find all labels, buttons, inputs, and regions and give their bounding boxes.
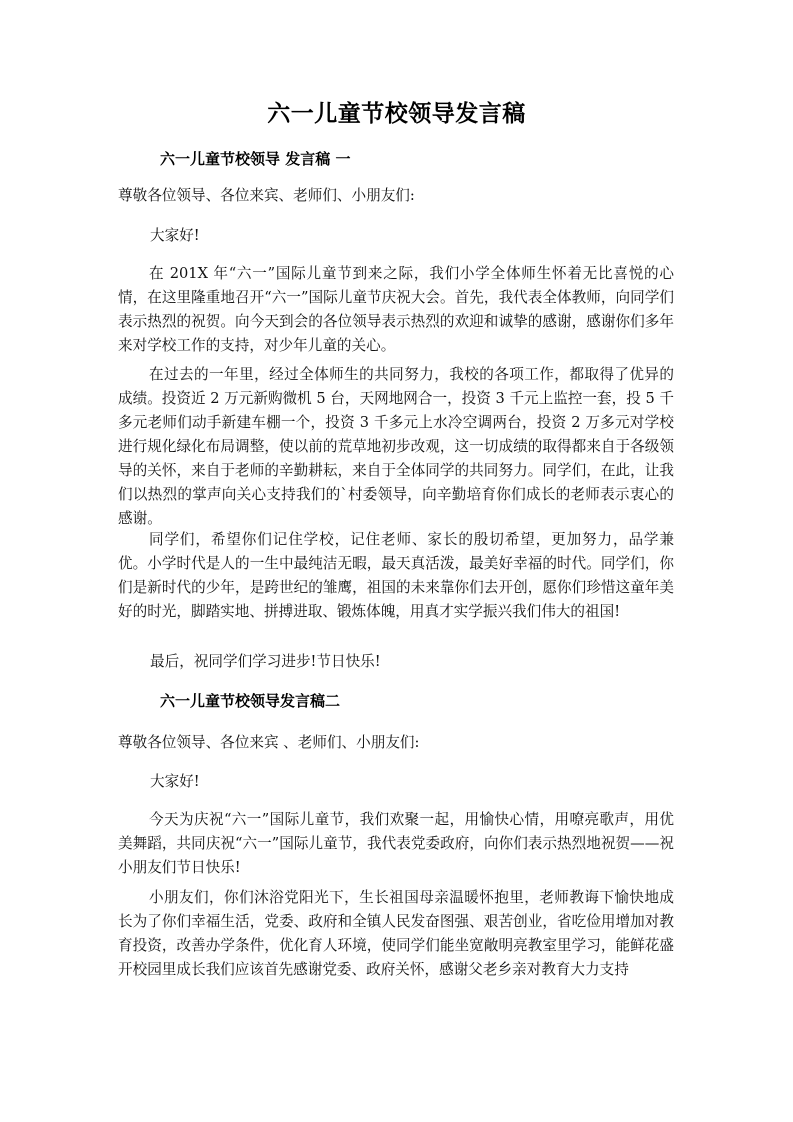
section1-closing: 最后，祝同学们学习进步!节日快乐! bbox=[150, 650, 381, 674]
section2-heading: 六一儿童节校领导发言稿二 bbox=[160, 690, 340, 711]
section2-greeting: 大家好! bbox=[150, 770, 200, 794]
section2-paragraph-1: 今天为庆祝“六一”国际儿童节，我们欢聚一起，用愉快心情，用嘹亮歌声，用优美舞蹈，… bbox=[118, 808, 674, 880]
section1-paragraph-2: 在过去的一年里，经过全体师生的共同努力，我校的各项工作，都取得了优异的成绩。投资… bbox=[118, 363, 674, 531]
section1-paragraph-3: 同学们，希望你们记住学校，记住老师、家长的殷切希望，更加努力，品学兼优。小学时代… bbox=[118, 528, 674, 624]
document-page: 六一儿童节校领导发言稿 六一儿童节校领导 发言稿 一 尊敬各位领导、各位来宾、老… bbox=[0, 0, 793, 1122]
section2-paragraph-2: 小朋友们，你们沐浴党阳光下，生长祖国母亲温暖怀抱里，老师教诲下愉快地成长为了你们… bbox=[118, 886, 674, 982]
section1-greeting: 大家好! bbox=[150, 224, 200, 248]
document-title: 六一儿童节校领导发言稿 bbox=[0, 95, 793, 128]
section2-salutation: 尊敬各位领导、各位来宾 、老师们、小朋友们: bbox=[118, 731, 419, 755]
section1-salutation: 尊敬各位领导、各位来宾、老师们、小朋友们: bbox=[118, 184, 415, 208]
section1-heading: 六一儿童节校领导 发言稿 一 bbox=[160, 148, 350, 169]
section1-paragraph-1: 在 201X 年“六一”国际儿童节到来之际，我们小学全体师生怀着无比喜悦的心情，… bbox=[118, 262, 674, 358]
